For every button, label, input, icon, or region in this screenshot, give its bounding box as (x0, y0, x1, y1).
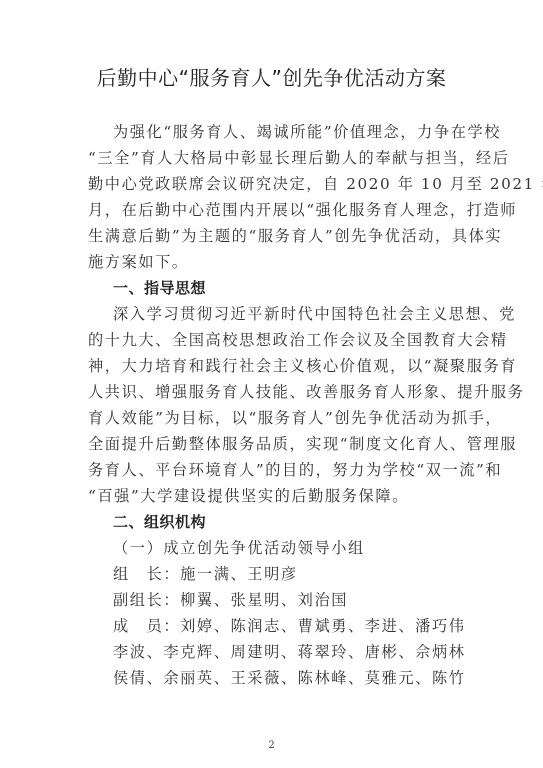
section1-heading: 一、指导思想 (113, 275, 460, 301)
section1-line-2: 的十九大、全国高校思想政治工作会议及全国教育大会精 (88, 327, 460, 353)
section1-line-5: 育人效能”为目标，以“服务育人”创先争优活动为抓手， (88, 405, 460, 431)
members-line-1: 成 员：刘婷、陈润志、曹斌勇、李进、潘巧伟 (113, 613, 460, 639)
intro-line-5: 生满意后勤”为主题的“服务育人”创先争优活动，具体实 (88, 223, 460, 249)
intro-line-3: 勤中心党政联席会议研究决定，自 2020 年 10 月至 2021 年 6 (88, 171, 460, 197)
section1-line-7: 务育人、平台环境育人”的目的，努力为学校“双一流”和 (88, 457, 460, 483)
section1-line-6: 全面提升后勤整体服务品质，实现“制度文化育人、管理服 (88, 431, 460, 457)
section2-heading: 二、组织机构 (113, 509, 460, 535)
section1-line-1: 深入学习贯彻习近平新时代中国特色社会主义思想、党 (113, 301, 460, 327)
section1-line-4: 人共识、增强服务育人技能、改善服务育人形象、提升服务 (88, 379, 460, 405)
intro-line-1: 为强化“服务育人、竭诚所能”价值理念，力争在学校 (113, 119, 460, 145)
section1-line-8: “百强”大学建设提供坚实的后勤服务保障。 (88, 483, 460, 509)
members-line-3: 侯倩、余丽英、王采薇、陈林峰、莫雅元、陈竹 (113, 665, 460, 691)
section1-line-3: 神，大力培育和践行社会主义核心价值观，以“凝聚服务育 (88, 353, 460, 379)
document-page: 后勤中心“服务育人”创先争优活动方案 为强化“服务育人、竭诚所能”价值理念，力争… (0, 0, 543, 768)
intro-line-2: “三全”育人大格局中彰显长理后勤人的奉献与担当，经后 (88, 145, 460, 171)
leader-line: 组 长：施一满、王明彦 (113, 561, 460, 587)
intro-line-4: 月，在后勤中心范围内开展以“强化服务育人理念，打造师 (88, 197, 460, 223)
page-number: 2 (0, 740, 543, 751)
members-line-2: 李波、李克辉、周建明、蒋翠玲、唐彬、佘炳林 (113, 639, 460, 665)
document-title: 后勤中心“服务育人”创先争优活动方案 (0, 64, 543, 92)
intro-line-6: 施方案如下。 (88, 249, 460, 275)
deputy-leader-line: 副组长：柳翼、张星明、刘治国 (113, 587, 460, 613)
section2-subheading: （一）成立创先争优活动领导小组 (113, 535, 460, 561)
